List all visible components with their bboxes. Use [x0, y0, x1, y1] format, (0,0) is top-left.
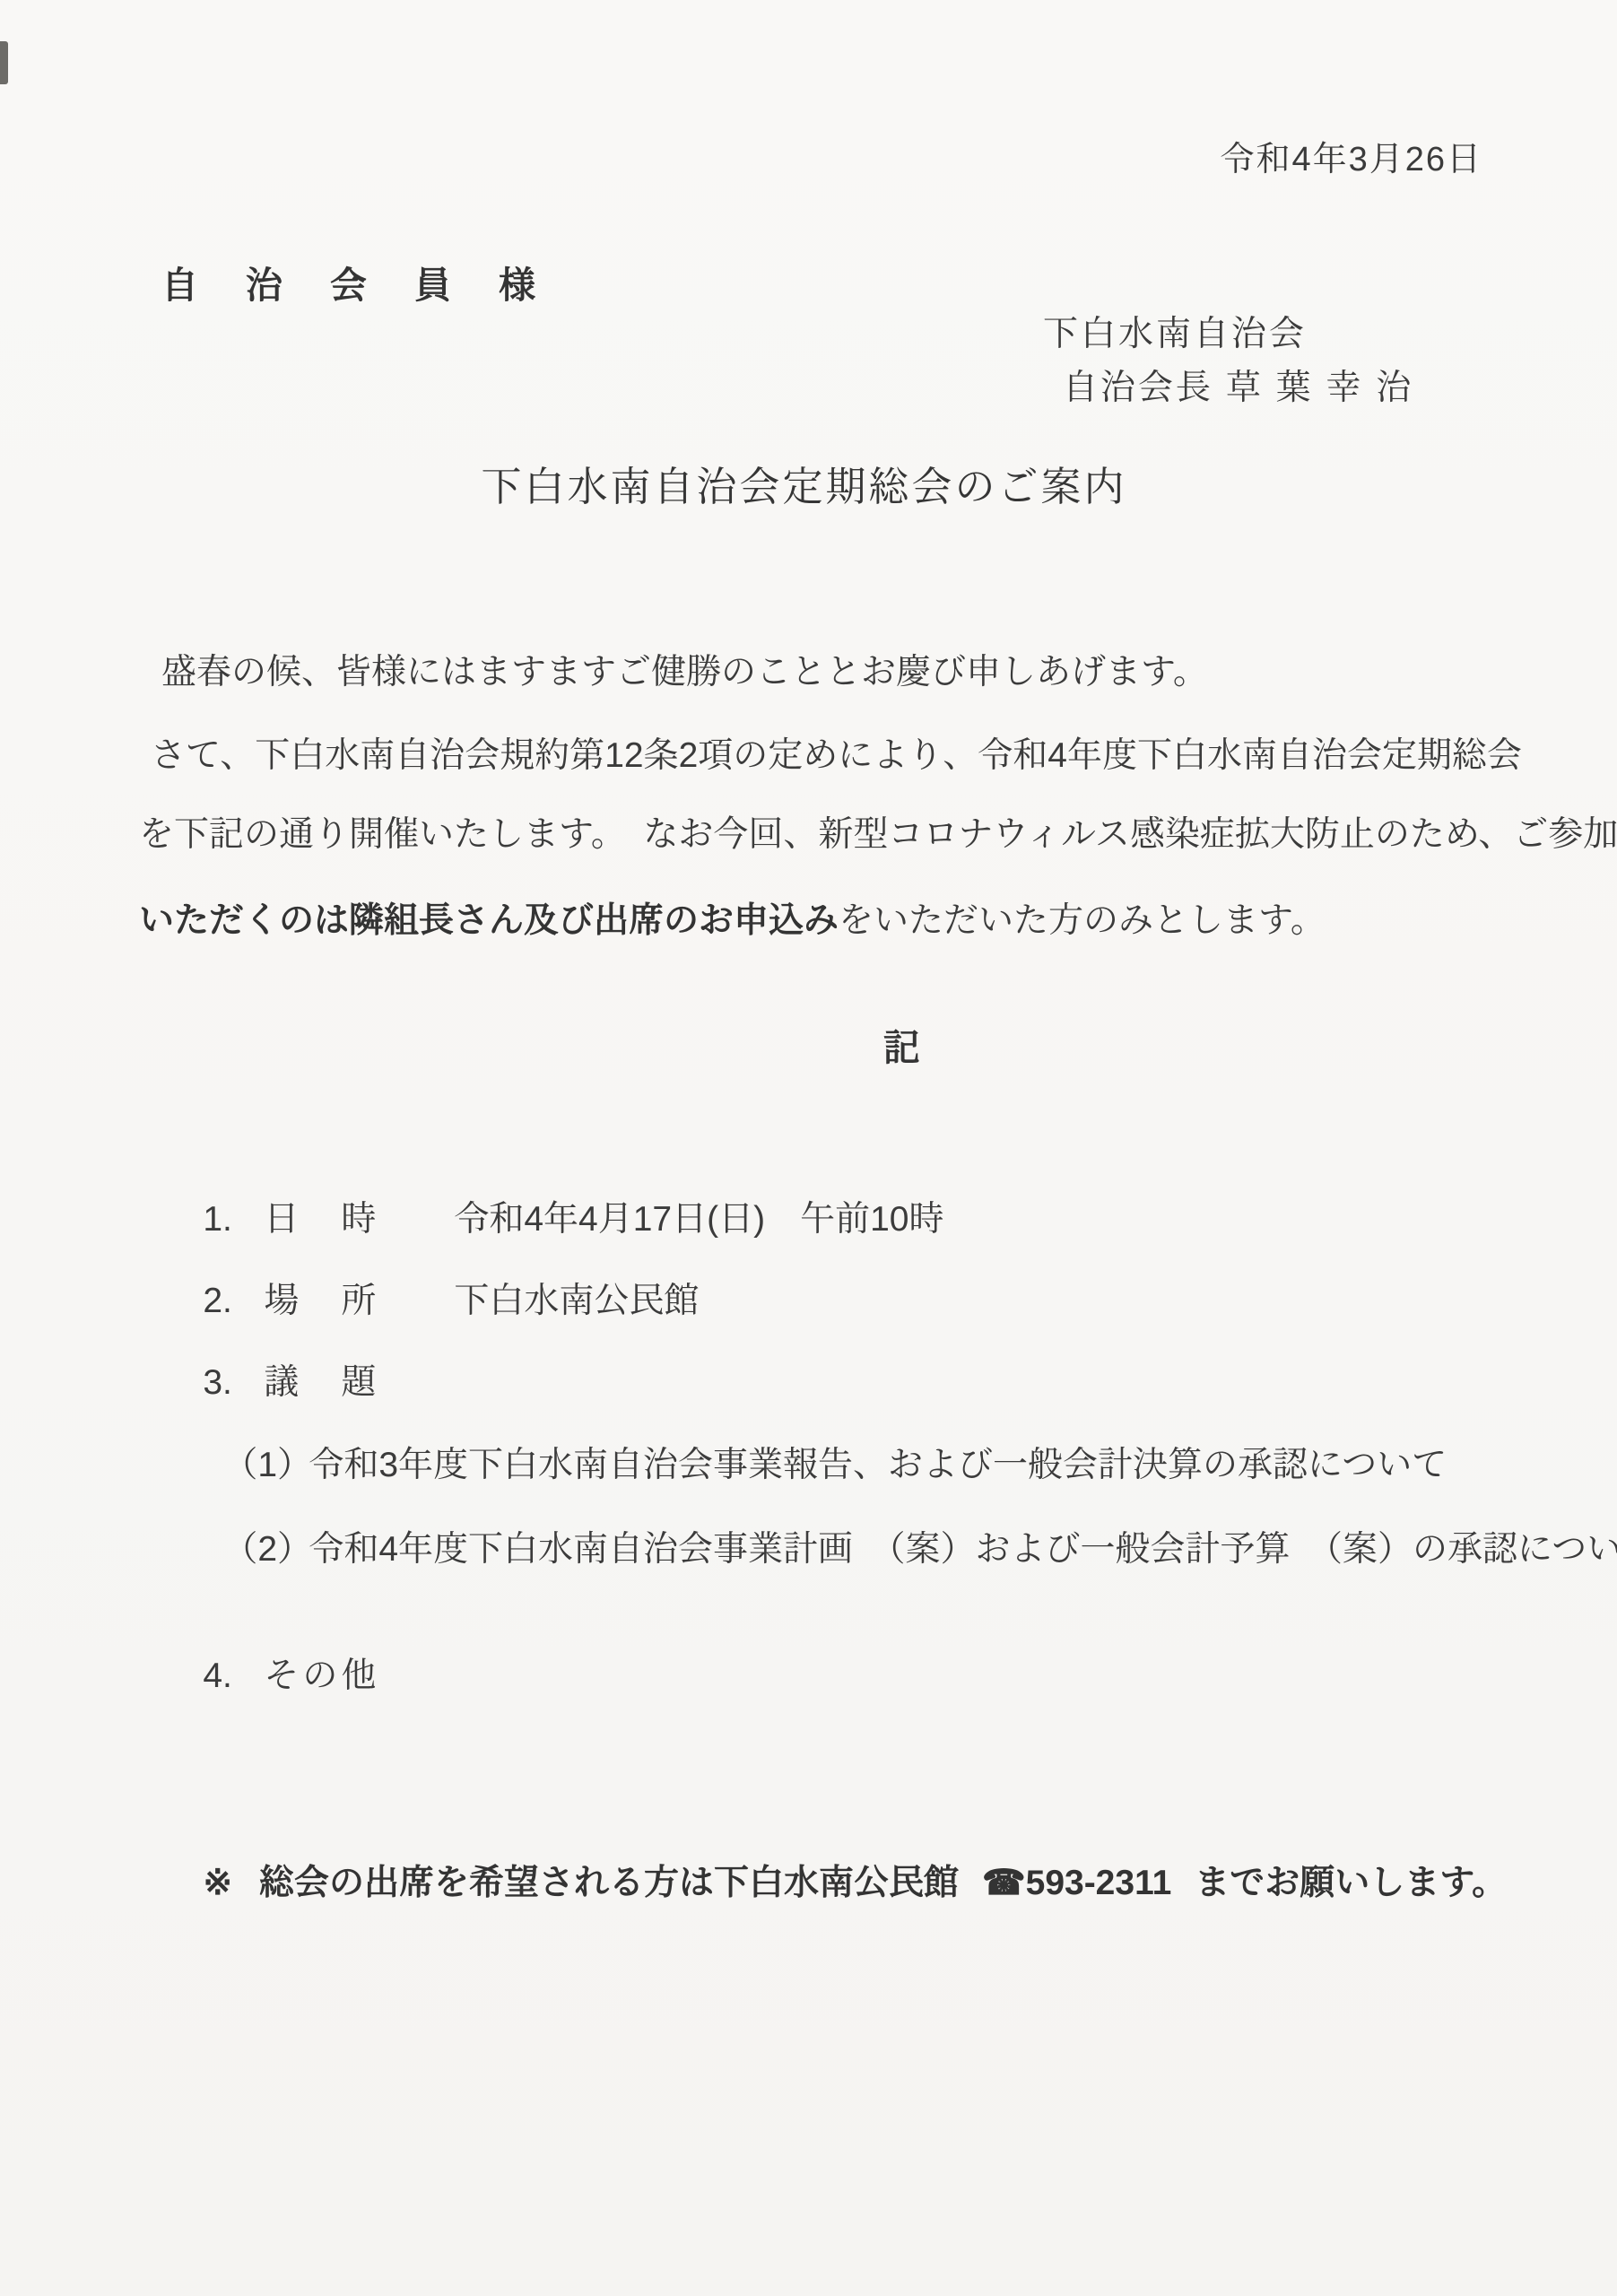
sender-chairman-name: 自治会長 草 葉 幸 治	[1063, 368, 1413, 410]
item-value: 下白水南公民館	[454, 1282, 699, 1320]
agenda-item-number: （1）	[222, 1445, 309, 1487]
body-paragraph-line-3: いただくのは隣組長さん及び出席のお申込みをいただいた方のみとします。	[139, 900, 1326, 943]
phone-number: ☎593-2311	[982, 1864, 1171, 1902]
item-number: 3.	[203, 1362, 264, 1405]
greeting-paragraph: 盛春の候、皆様にはますますご健勝のこととお慶び申しあげます。	[161, 652, 1208, 694]
note-text-after-phone: までお願いします。	[1195, 1864, 1507, 1902]
agenda-sub-item-2: （2）令和4年度下白水南自治会事業計画 （案）および一般会計予算 （案）の承認に…	[184, 1487, 1617, 1613]
agenda-item-text: 令和4年度下白水南自治会事業計画 （案）および一般会計予算 （案）の承認について	[309, 1530, 1617, 1569]
document-title: 下白水南自治会定期総会のご案内	[0, 463, 1613, 511]
note-marker: ※	[203, 1864, 232, 1902]
item-value: 令和4年4月17日(日) 午前10時	[454, 1200, 943, 1239]
scan-artifact	[0, 41, 8, 84]
item-number: 2.	[203, 1281, 264, 1323]
document-date: 令和4年3月26日	[0, 140, 1482, 181]
body-line-3-bold-segment: いただくのは隣組長さん及び出席のお申込み	[139, 901, 839, 940]
agenda-item-text: 令和3年度下白水南自治会事業報告、および一般会計決算の承認について	[309, 1446, 1447, 1484]
addressee: 自 治 会 員 様	[161, 264, 541, 308]
list-item-other: 4.その他	[164, 1613, 454, 1739]
item-number: 4.	[203, 1656, 264, 1698]
body-paragraph-line-1: さて、下白水南自治会規約第12条2項の定めにより、令和4年度下白水南自治会定期総…	[151, 735, 1522, 778]
record-marker: 記	[883, 1026, 920, 1070]
item-number: 1.	[203, 1199, 264, 1241]
sender-organization: 下白水南自治会	[1043, 314, 1307, 356]
body-paragraph-line-2: を下記の通り開催いたします。 なお今回、新型コロナウィルス感染症拡大防止のため、…	[139, 814, 1617, 857]
scanned-notice-page: 令和4年3月26日 自 治 会 員 様 下白水南自治会 自治会長 草 葉 幸 治…	[0, 0, 1617, 2296]
item-label: その他	[264, 1656, 454, 1698]
item-label: 議 題	[264, 1362, 454, 1405]
note-text-before-phone: 総会の出席を希望される方は下白水南公民館	[259, 1864, 959, 1902]
agenda-item-number: （2）	[222, 1529, 309, 1571]
body-line-3-regular-segment: をいただいた方のみとします。	[839, 901, 1326, 940]
item-label: 日 時	[264, 1199, 454, 1241]
item-label: 場 所	[264, 1281, 454, 1323]
attendance-note: ※総会の出席を希望される方は下白水南公民館☎593-2311までお願いします。	[164, 1821, 1507, 1946]
